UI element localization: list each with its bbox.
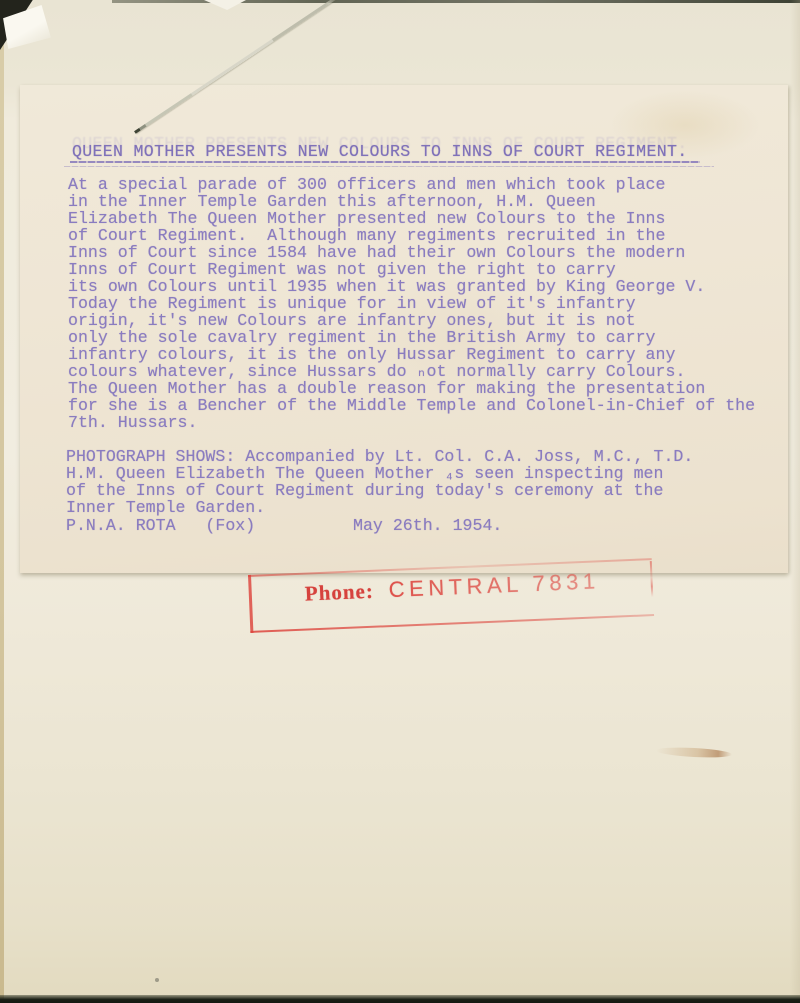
title-underline	[70, 161, 700, 163]
stamp-border-bottom	[250, 614, 654, 633]
typed-line: colours whatever, since Hussars do ₙot n…	[68, 363, 755, 380]
caption-sheet: QUEEN MOTHER PRESENTS NEW COLOURS TO INN…	[20, 85, 788, 573]
document-title: QUEEN MOTHER PRESENTS NEW COLOURS TO INN…	[72, 143, 687, 160]
backing-speck	[155, 978, 159, 982]
title-underline-second	[64, 166, 714, 167]
typed-line: for she is a Bencher of the Middle Templ…	[68, 397, 755, 414]
typed-line: only the sole cavalry regiment in the Br…	[68, 329, 755, 346]
typed-line: The Queen Mother has a double reason for…	[68, 380, 755, 397]
typed-line: in the Inner Temple Garden this afternoo…	[68, 193, 755, 210]
agency-credit: P.N.A. ROTA (Fox)	[66, 517, 255, 534]
typed-line: of Court Regiment. Although many regimen…	[68, 227, 755, 244]
typed-line: At a special parade of 300 officers and …	[68, 176, 755, 193]
photo-right-edge-shade	[790, 0, 800, 1003]
top-edge-tear	[204, 0, 246, 10]
photo-left-edge	[0, 0, 4, 1003]
typed-line: Inns of Court since 1584 have had their …	[68, 244, 755, 261]
typed-line: H.M. Queen Elizabeth The Queen Mother ₄s…	[66, 465, 693, 482]
press-photo-back: QUEEN MOTHER PRESENTS NEW COLOURS TO INN…	[0, 0, 800, 1003]
typed-line: origin, it's new Colours are infantry on…	[68, 312, 755, 329]
photograph-shows-paragraph: PHOTOGRAPH SHOWS: Accompanied by Lt. Col…	[66, 448, 693, 516]
typed-line: of the Inns of Court Regiment during tod…	[66, 482, 693, 499]
typed-line: Inns of Court Regiment was not given the…	[68, 261, 755, 278]
typed-line: Inner Temple Garden.	[66, 499, 693, 516]
stamp-phone-number: CENTRAL 7831	[388, 568, 600, 603]
typed-line: Elizabeth The Queen Mother presented new…	[68, 210, 755, 227]
photo-bottom-edge	[0, 995, 800, 1003]
typed-line: infantry colours, it is the only Hussar …	[68, 346, 755, 363]
backing-stain-streak	[656, 746, 732, 759]
stamp-text-row: Phone: CENTRAL 7831	[304, 568, 600, 606]
typed-line: PHOTOGRAPH SHOWS: Accompanied by Lt. Col…	[66, 448, 693, 465]
typed-line: Today the Regiment is unique for in view…	[68, 295, 755, 312]
body-paragraph: At a special parade of 300 officers and …	[68, 176, 755, 431]
stamp-border-left	[248, 575, 253, 633]
typed-line: 7th. Hussars.	[68, 414, 755, 431]
typed-line: its own Colours until 1935 when it was g…	[68, 278, 755, 295]
date-line: May 26th. 1954.	[353, 517, 502, 534]
stamp-phone-label: Phone:	[304, 579, 374, 607]
